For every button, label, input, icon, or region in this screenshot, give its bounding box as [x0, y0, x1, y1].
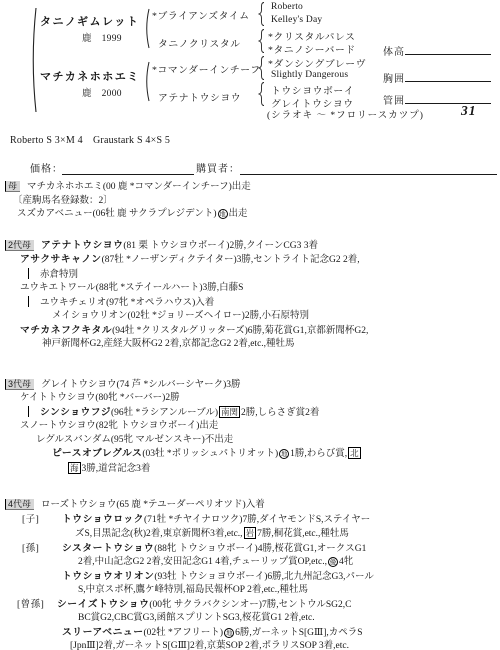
record-text: メイショウリオン(02牡 *ジョリーズヘイロー)2勝,小石原特別 — [52, 311, 309, 321]
generation-label: 3代母 — [5, 379, 34, 390]
circled-mark: 優 — [328, 557, 338, 567]
female-family-line: (シラオキ ～ *フロリースカツプ) — [267, 107, 424, 121]
inbreeding-note: Roberto S 3×M 4 Graustark S 4×S 5 — [10, 131, 500, 144]
family-text-line: ズS,目黒記念(秋)2着,東京新聞杯3着,etc.,岩7勝,桐花賞,etc.,種… — [5, 527, 500, 542]
family-text-line: ピースオブレグルス(03牡 *ポリッシュパトリオット)地1勝,わらび賞,北 — [5, 447, 500, 462]
record-text: 3勝,道営記念3着 — [82, 464, 151, 474]
record-text: ケイトトウシヨウ(80牝 *バーバー)2勝 — [20, 393, 180, 403]
family-records: 母マチカネホホエミ(00 鹿 *コマンダーインチーフ)出走〔産駒馬名登録数：2〕… — [0, 180, 500, 650]
region-box-mark: 北 — [348, 447, 361, 459]
horse-name: マチカネフクキタル — [20, 325, 112, 336]
horse-name: スリーアベニュー — [62, 627, 144, 638]
record-text: (87牡 *ノーザンディクテイター)3勝,セントライト記念G2 2着, — [102, 255, 360, 265]
record-text: 2勝,しらさぎ賞2着 — [241, 408, 319, 418]
record-text: S,中京スポ杯,鷹ケ峰特別,福島民報杯OP 2着,etc.,種牡馬 — [78, 585, 308, 595]
region-box-mark: 岩 — [244, 527, 257, 539]
pedigree-outer-bracket-icon — [29, 7, 37, 113]
record-text: 4牝 — [339, 557, 353, 567]
family-text-line: スリーアベニュー(02牡 *アフリート)地6勝,ガーネットS[GⅢ],カペラS — [5, 626, 500, 641]
record-text: (00牝 サクラバクシンオー)7勝,セントウルSG2,C — [149, 600, 351, 610]
grandsire-name: *ブライアンズタイム — [152, 8, 250, 22]
circled-mark: 地 — [218, 209, 228, 219]
record-text: ユウキチェリオ(97牝 *オペラハウス)入着 — [40, 298, 214, 308]
family-text-line: ケイトトウシヨウ(80牝 *バーバー)2勝 — [5, 392, 500, 406]
sire-name: タニノギムレット — [40, 13, 139, 29]
pedigree-brace-icon — [258, 29, 265, 53]
g3-name: *タニノシーバード — [268, 42, 356, 56]
generation-label: 4代母 — [5, 499, 34, 510]
family-text-line: 海3勝,道営記念3着 — [5, 462, 500, 477]
horse-name: アテナトウシヨウ — [41, 240, 123, 251]
third-dam-section: 3代母グレイトウシヨウ(74 芦 *シルバーシヤーク)3勝ケイトトウシヨウ(80… — [5, 378, 500, 477]
circled-mark: 地 — [224, 628, 234, 638]
cannon-blank-line — [405, 103, 491, 104]
tree-branch-bar — [28, 268, 29, 279]
record-text: ユウキエトワール(88牝 *ステイールハート)3勝,白藤S — [20, 283, 243, 293]
family-text-line: S,中京スポ杯,鷹ケ峰特別,福島民報杯OP 2着,etc.,種牡馬 — [5, 584, 500, 598]
family-text-line: スノートウシヨウ(82牝 トウシヨウボーイ)出走 — [5, 420, 500, 434]
second-dam-section: 2代母アテナトウシヨウ(81 栗 トウシヨウボーイ)2勝,クイーンCG3 3着ア… — [5, 239, 500, 352]
generation-label: 2代母 — [5, 240, 34, 251]
generation-label: 母 — [5, 181, 20, 192]
record-text: [JpnⅢ]2着,ガーネットS[GⅢ]2着,京葉SOP 2着,ポラリスSOP 3… — [70, 641, 349, 650]
g3-name: Slightly Dangerous — [271, 70, 348, 80]
height-blank-line — [405, 54, 491, 55]
family-text-line: 4代母ローズトウショウ(65 鹿 *テユーダーペリオツド)入着 — [5, 498, 500, 513]
family-text-line: [孫]シスタートウショウ(88牝 トウショウボーイ)4勝,桜花賞G1,オークスG… — [5, 542, 500, 557]
horse-name: アサクサキャノン — [20, 254, 102, 265]
region-box-mark: 海 — [68, 462, 81, 474]
record-text: 〔産駒馬名登録数：2〕 — [13, 196, 113, 206]
pedigree-chart: タニノギムレット 鹿 1999 マチカネホホエミ 鹿 2000 *ブライアンズタ… — [0, 0, 500, 126]
record-text: BC賞G2,CBC賞G3,函館スプリントSG3,桜花賞G1 2着,etc. — [78, 613, 315, 623]
family-text-line: マチカネフクキタル(94牡 *クリスタルグリッターズ)6勝,菊花賞G1,京都新聞… — [5, 324, 500, 339]
horse-name: トウショウオリオン — [62, 571, 154, 582]
family-text-line: シンショウフジ(96牡 *ラシアンルーブル)南関2勝,しらさぎ賞2着 — [5, 406, 500, 421]
family-text-line: 3代母グレイトウシヨウ(74 芦 *シルバーシヤーク)3勝 — [5, 378, 500, 393]
price-blank-line — [62, 174, 194, 175]
pedigree-catalog-page: タニノギムレット 鹿 1999 マチカネホホエミ 鹿 2000 *ブライアンズタ… — [0, 0, 500, 650]
family-text-line: スズカアベニュー(06牡 鹿 サクラプレジデント)地出走 — [5, 208, 500, 222]
fourth-dam-section: 4代母ローズトウショウ(65 鹿 *テユーダーペリオツド)入着[子]トウショウロ… — [5, 498, 500, 650]
g3-name: *ダンシングブレーヴ — [268, 56, 366, 70]
family-text-line: トウショウオリオン(93牡 トウショヨウボーイ)6勝,北九州記念G3,パール — [5, 570, 500, 585]
buyer-label: 購買者： — [196, 160, 240, 175]
record-text: (94牡 *クリスタルグリッターズ)6勝,菊花賞G1,京都新聞杯G2, — [112, 326, 368, 336]
horse-name: ピースオブレグルス — [52, 448, 142, 459]
record-text: 7勝,桐花賞,etc.,種牡馬 — [257, 529, 349, 539]
family-text-line: [曾孫]シーイズトウショウ(00牝 サクラバクシンオー)7勝,セントウルSG2,… — [5, 598, 500, 613]
girth-blank-line — [405, 81, 491, 82]
pedigree-sire-bracket-icon — [143, 8, 150, 49]
record-text: (81 栗 トウシヨウボーイ)2勝,クイーンCG3 3着 — [123, 241, 318, 251]
pedigree-brace-icon — [258, 82, 265, 106]
record-text: ローズトウショウ(65 鹿 *テユーダーペリオツド)入着 — [41, 500, 265, 510]
g3-name: トウシヨウボーイ — [271, 83, 354, 97]
record-text: 神戸新聞杯G2,産経大阪杯G2 2着,京都記念G2 2着,etc.,種牡馬 — [42, 339, 295, 349]
record-text: (71牡 *チヤイナロツク)7勝,ダイヤモンドS,ステイヤー — [144, 515, 370, 525]
family-text-line: メイショウリオン(02牡 *ジョリーズヘイロー)2勝,小石原特別 — [5, 310, 500, 324]
granddam-name: タニノクリスタル — [158, 36, 241, 50]
relation-label: [曾孫] — [17, 599, 57, 613]
family-text-line: BC賞G2,CBC賞G3,函館スプリントSG3,桜花賞G1 2着,etc. — [5, 612, 500, 626]
family-text-line: 2着,中山記念G2 2着,安田記念G1 4着,チューリップ賞OP,etc.,優4… — [5, 556, 500, 570]
horse-name: シーイズトウショウ — [57, 599, 149, 610]
grandsire-name: *コマンダーインチーフ — [152, 62, 261, 76]
record-text: 6勝,ガーネットS[GⅢ],カペラS — [235, 628, 362, 638]
record-text: ズS,目黒記念(秋)2着,東京新聞杯3着,etc., — [75, 529, 243, 539]
family-text-line: [子]トウショウロック(71牡 *チヤイナロツク)7勝,ダイヤモンドS,ステイヤ… — [5, 513, 500, 528]
price-label: 価格： — [30, 160, 63, 175]
relation-label: [孫] — [22, 543, 62, 557]
horse-name: トウショウロック — [62, 514, 144, 525]
pedigree-brace-icon — [258, 2, 265, 26]
pedigree-dam-bracket-icon — [143, 61, 150, 102]
dam-coat-year: 鹿 2000 — [82, 85, 122, 99]
family-text-line: ユウキエトワール(88牝 *ステイールハート)3勝,白藤S — [5, 282, 500, 296]
horse-name: シスタートウショウ — [62, 543, 154, 554]
family-text-line: 2代母アテナトウシヨウ(81 栗 トウシヨウボーイ)2勝,クイーンCG3 3着 — [5, 239, 500, 254]
record-text: レグルスバンダム(95牝 マルゼンスキー)不出走 — [36, 435, 233, 445]
g3-name: Kelley's Day — [271, 15, 322, 25]
record-text: 赤倉特別 — [40, 270, 78, 280]
height-label: 体高 — [383, 43, 405, 58]
record-text: 1勝,わらび賞, — [290, 449, 347, 459]
record-text: (02牡 *アフリート) — [144, 628, 224, 638]
record-text: (03牡 *ポリッシュパトリオット) — [142, 449, 278, 459]
dam-name: マチカネホホエミ — [40, 68, 140, 84]
record-text: (96牡 *ラシアンルーブル) — [111, 408, 218, 418]
family-text-line: [JpnⅢ]2着,ガーネットS[GⅢ]2着,京葉SOP 2着,ポラリスSOP 3… — [5, 640, 500, 650]
record-text: 出走 — [229, 209, 248, 219]
tree-branch-bar — [28, 296, 29, 307]
family-text-line: ユウキチェリオ(97牝 *オペラハウス)入着 — [5, 296, 500, 311]
sale-price-row: 価格： 購買者： — [0, 158, 500, 178]
record-text: 2着,中山記念G2 2着,安田記念G1 4着,チューリップ賞OP,etc., — [78, 557, 327, 567]
horse-name: シンショウフジ — [40, 407, 111, 418]
family-text-line: 神戸新聞杯G2,産経大阪杯G2 2着,京都記念G2 2着,etc.,種牡馬 — [5, 338, 500, 352]
lot-number: 31 — [461, 103, 477, 119]
record-text: グレイトウシヨウ(74 芦 *シルバーシヤーク)3勝 — [41, 380, 241, 390]
dam-section: 母マチカネホホエミ(00 鹿 *コマンダーインチーフ)出走〔産駒馬名登録数：2〕… — [5, 180, 500, 222]
g3-name: *クリスタルパレス — [268, 29, 356, 43]
g3-name: Roberto — [271, 2, 303, 12]
record-text: マチカネホホエミ(00 鹿 *コマンダーインチーフ)出走 — [27, 182, 251, 192]
cannon-label: 管囲 — [383, 92, 405, 107]
record-text: スズカアベニュー(06牡 鹿 サクラプレジデント) — [17, 209, 217, 219]
record-text: (93牡 トウショヨウボーイ)6勝,北九州記念G3,パール — [154, 572, 373, 582]
family-text-line: 〔産駒馬名登録数：2〕 — [5, 195, 500, 209]
tree-branch-bar — [28, 406, 29, 417]
record-text: スノートウシヨウ(82牝 トウシヨウボーイ)出走 — [20, 421, 218, 431]
girth-label: 胸囲 — [383, 70, 405, 85]
family-text-line: 母マチカネホホエミ(00 鹿 *コマンダーインチーフ)出走 — [5, 180, 500, 195]
record-text: (88牝 トウショウボーイ)4勝,桜花賞G1,オークスG1 — [154, 544, 366, 554]
family-text-line: アサクサキャノン(87牡 *ノーザンディクテイター)3勝,セントライト記念G2 … — [5, 253, 500, 268]
granddam-name: アテナトウシヨウ — [158, 90, 241, 104]
circled-mark: 地 — [279, 449, 289, 459]
sire-coat-year: 鹿 1999 — [82, 30, 122, 44]
family-text-line: 赤倉特別 — [5, 268, 500, 283]
family-text-line: レグルスバンダム(95牝 マルゼンスキー)不出走 — [5, 434, 500, 448]
relation-label: [子] — [22, 514, 62, 528]
buyer-blank-line — [240, 174, 497, 175]
region-box-mark: 南関 — [219, 406, 240, 418]
